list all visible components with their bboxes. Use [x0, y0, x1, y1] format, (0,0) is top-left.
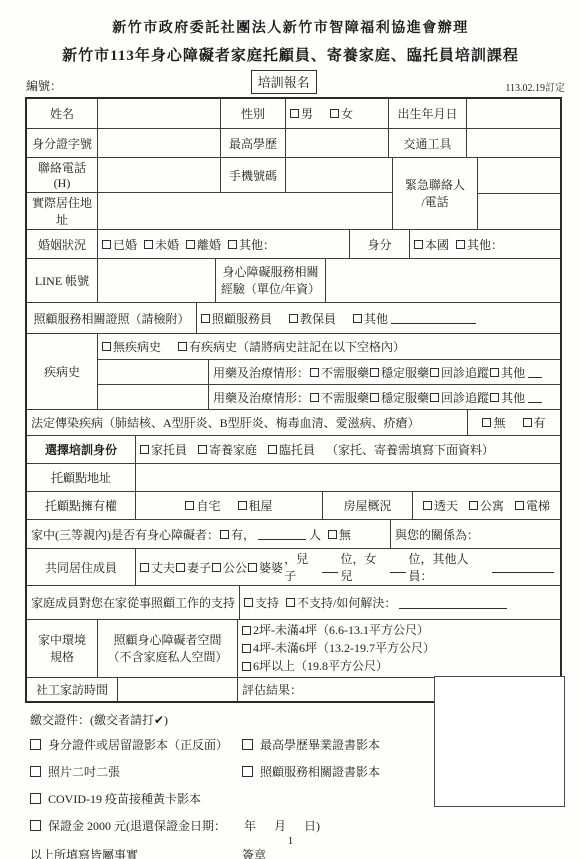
checkbox-icon[interactable] [430, 368, 439, 377]
medication-other-blank-line[interactable] [528, 366, 542, 378]
checkbox-icon[interactable] [30, 820, 41, 831]
ownership-label: 托顧點擁有權 [27, 492, 135, 519]
relation-label-cell: 與您的關係為： [390, 520, 560, 548]
checkbox-icon[interactable] [185, 501, 194, 510]
deposit-day-label: 日) [304, 817, 320, 834]
checkbox-icon[interactable] [310, 368, 319, 377]
mobile-label: 手機號碼 [220, 158, 285, 192]
form-type-badge: 培訓報名 [251, 70, 317, 94]
disease-note-input-cell-2[interactable] [98, 385, 208, 409]
identity-national-option[interactable]: 本國 [414, 236, 449, 253]
checkbox-icon[interactable] [178, 342, 187, 351]
house-condition-label: 房屋概況 [322, 492, 412, 519]
row-infectious-disease: 法定傳染疾病（肺結核、A型肝炎、B型肝炎、梅毒血清、愛滋病、疥瘡） 無 有 [27, 409, 560, 435]
row-training-identity: 選擇培訓身份 家托員 寄養家庭 臨托員 （家托、寄養需填寫下面資料） [27, 435, 560, 463]
experience-label: 身心障礙服務相關 經驗（單位/年資） [215, 259, 325, 302]
home-environment-label: 家中環境 規格 [27, 620, 97, 677]
checkbox-icon[interactable] [30, 766, 41, 777]
training-familycare-option[interactable]: 家托員 [140, 441, 187, 458]
emergency-contact-input-cell-1[interactable] [478, 158, 560, 193]
care-license-label: 照顧服務相關證照（請檢附） [27, 303, 196, 333]
row-family-support: 家庭成員對您在家從事照顧工作的支持 支持 不支持/如何解決： [27, 585, 560, 619]
experience-input-cell[interactable] [325, 259, 560, 302]
training-respite-option[interactable]: 臨托員 [268, 441, 315, 458]
row-disease-history: 疾病史 無疾病史 有疾病史（請將病史註記在以下空格內） 用藥及治療情形： 不需服… [27, 333, 560, 409]
medication-followup-option[interactable]: 回診追蹤 [430, 364, 489, 381]
doc-photos-checkbox[interactable]: 照片二吋二張 [30, 763, 242, 780]
cohabit-fatherinlaw-option[interactable]: 公公 [212, 559, 247, 576]
address-input-cell[interactable] [97, 193, 392, 229]
row-id: 身分證字號 最高學歷 交通工具 [27, 128, 560, 157]
carepoint-address-input-cell[interactable] [135, 464, 560, 491]
support-yes-option[interactable]: 支持 [244, 594, 279, 611]
house-apartment-option[interactable]: 公寓 [469, 497, 504, 514]
documents-title: 繳交證件：(繳交者請打✔) [30, 711, 434, 728]
row-name: 姓名 性別 男 女 出生年月日 [27, 99, 560, 128]
disease-yes-option[interactable]: 有疾病史（請將病史註記在以下空格內） [178, 338, 405, 355]
license-educare-option[interactable]: 教保員 [289, 310, 336, 327]
row-ownership: 托顧點擁有權 自宅 租屋 房屋概況 透天 公寓 電梯 [27, 491, 560, 519]
row-license: 照顧服務相關證照（請檢附） 照顧服務員 教保員 其他 [27, 302, 560, 333]
stamp-photo-box [434, 676, 565, 807]
education-label: 最高學歷 [220, 129, 285, 157]
checkbox-icon[interactable] [523, 418, 532, 427]
checkbox-icon[interactable] [186, 240, 195, 249]
checkbox-icon[interactable] [515, 501, 524, 510]
checkbox-icon[interactable] [238, 501, 247, 510]
space-6plus-option[interactable]: 6坪以上（19.8平方公尺） [242, 658, 388, 675]
deposit-year-label: 年 [244, 817, 256, 834]
checkbox-icon[interactable] [176, 563, 185, 572]
disease-options-cell: 無疾病史 有疾病史（請將病史註記在以下空格內） [98, 334, 560, 359]
disease-history-label: 疾病史 [27, 334, 97, 409]
family-disabled-no-option[interactable]: 無 [328, 526, 351, 543]
row-family-disabled: 家中(三等親內)是否有身心障礙者： 有， 人 無 與您的關係為： [27, 519, 560, 548]
gender-options-cell: 男 女 [285, 99, 388, 128]
address-label: 實際居住地址 [27, 193, 97, 229]
daughters-count-blank[interactable] [390, 561, 406, 573]
doc-id-copy-checkbox[interactable]: 身分證件或居留證影本（正反面） [30, 736, 242, 753]
license-other-option[interactable]: 其他 [353, 310, 388, 327]
marital-married-option[interactable]: 已婚 [102, 236, 137, 253]
checkbox-icon[interactable] [242, 662, 251, 671]
id-number-input-cell[interactable] [97, 129, 220, 157]
space-2to4-option[interactable]: 2坪-未滿4坪（6.6-13.1平方公尺） [242, 622, 429, 639]
checkbox-icon[interactable] [490, 393, 499, 402]
carepoint-address-label: 托顧點地址 [27, 464, 135, 491]
declaration-text: 以上所填寫皆屬事實 [30, 846, 138, 859]
transport-label: 交通工具 [388, 129, 466, 157]
house-options-cell: 透天 公寓 電梯 [412, 492, 560, 519]
home-phone-label: 聯絡電話(H) [27, 158, 97, 192]
cohabitants-label: 共同居住成員 [27, 549, 135, 585]
checkbox-icon[interactable] [482, 418, 491, 427]
emergency-contact-input-cell-2[interactable] [478, 194, 560, 229]
deposit-month-label: 月 [274, 817, 286, 834]
medication-none-option[interactable]: 不需服藥 [310, 364, 369, 381]
emergency-contact-label: 緊急聯絡人 /電話 [392, 158, 477, 229]
training-note: （家托、寄養需填寫下面資料） [326, 441, 494, 458]
disease-none-option[interactable]: 無疾病史 [102, 338, 161, 355]
declaration-line: 以上所填寫皆屬事實 簽章 [30, 846, 434, 859]
checkbox-icon[interactable] [30, 739, 41, 750]
marital-divorced-option[interactable]: 離婚 [186, 236, 221, 253]
doc-covid-card-checkbox[interactable]: COVID-19 疫苗接種黃卡影本 [30, 790, 434, 807]
identity-other-option[interactable]: 其他： [456, 236, 503, 253]
medication-other-blank-line[interactable] [528, 391, 542, 403]
gender-male-option[interactable]: 男 [290, 105, 313, 122]
checkbox-icon[interactable] [423, 501, 432, 510]
doc-diploma-copy-checkbox[interactable]: 最高學歷畢業證書影本 [242, 736, 434, 753]
disease-note-input-cell-1[interactable] [98, 360, 208, 384]
space-options-cell: 2坪-未滿4坪（6.6-13.1平方公尺） 4坪-未滿6坪（13.2-19.7平… [237, 620, 560, 677]
support-solution-blank[interactable] [399, 597, 507, 609]
doc-deposit-checkbox[interactable]: 保證金 2000 元(退還保證金日期： 年 月 日) [30, 817, 434, 834]
training-identity-label: 選擇培訓身份 [27, 436, 135, 463]
medication-stable-option[interactable]: 穩定服藥 [370, 364, 429, 381]
checkbox-icon[interactable] [140, 445, 149, 454]
medication-followup-option[interactable]: 回診追蹤 [430, 389, 489, 406]
training-options-cell: 家托員 寄養家庭 臨托員 （家托、寄養需填寫下面資料） [135, 436, 560, 463]
row-cohabitants: 共同居住成員 丈夫 妻子 公公 婆婆 ，兒子 位，女兒 位，其他人員： [27, 548, 560, 585]
id-number-label: 身分證字號 [27, 129, 97, 157]
training-foster-option[interactable]: 寄養家庭 [198, 441, 257, 458]
serial-number-label: 編號： [26, 77, 62, 94]
house-elevator-option[interactable]: 電梯 [515, 497, 550, 514]
cohabitants-options-cell: 丈夫 妻子 公公 婆婆 ，兒子 位，女兒 位，其他人員： [135, 549, 560, 585]
row-home-environment: 家中環境 規格 照顧身心障礙者空間 （不含家庭私人空間） 2坪-未滿4坪（6.6… [27, 619, 560, 677]
checkbox-icon[interactable] [310, 393, 319, 402]
name-label: 姓名 [27, 99, 97, 128]
checkbox-icon[interactable] [289, 314, 298, 323]
infection-options-cell: 無 有 [467, 410, 560, 435]
marital-single-option[interactable]: 未婚 [144, 236, 179, 253]
checkbox-icon[interactable] [242, 626, 251, 635]
birthdate-label: 出生年月日 [388, 99, 466, 128]
identity-label: 身分 [349, 230, 409, 258]
row-line-experience: LINE 帳號 身心障礙服務相關 經驗（單位/年資） [27, 258, 560, 302]
other-members-blank[interactable] [492, 561, 554, 573]
family-support-label: 家庭成員對您在家從事照顧工作的支持 [27, 586, 239, 619]
medication-cell-1: 用藥及治療情形： 不需服藥 穩定服藥 回診追蹤 其他 [208, 360, 560, 384]
education-input-cell[interactable] [285, 129, 388, 157]
line-account-label: LINE 帳號 [27, 259, 97, 302]
course-title: 新竹市113年身心障礙者家庭托顧員、寄養家庭、臨托員培訓課程 [0, 44, 581, 65]
organizer-title: 新竹市政府委託社團法人新竹市智障福利協進會辦理 [0, 0, 581, 37]
checkbox-icon[interactable] [469, 501, 478, 510]
checkbox-icon[interactable] [30, 793, 41, 804]
page-number: 1 [0, 835, 581, 847]
checkbox-icon[interactable] [370, 368, 379, 377]
home-phone-input-cell[interactable] [97, 158, 220, 192]
checkbox-icon[interactable] [201, 314, 210, 323]
visit-time-input-cell[interactable] [117, 678, 237, 701]
space-4to6-option[interactable]: 4坪-未滿6坪（13.2-19.7平方公尺） [242, 640, 435, 657]
signature-blank-line[interactable] [140, 851, 240, 859]
checkbox-icon[interactable] [102, 342, 111, 351]
medication-none-option[interactable]: 不需服藥 [310, 389, 369, 406]
checkbox-icon[interactable] [144, 240, 153, 249]
medication-cell-2: 用藥及治療情形： 不需服藥 穩定服藥 回診追蹤 其他 [208, 385, 560, 409]
transport-input-cell[interactable] [466, 129, 560, 157]
checkbox-icon[interactable] [198, 445, 207, 454]
gender-female-option[interactable]: 女 [330, 105, 353, 122]
license-options-cell: 照顧服務員 教保員 其他 [196, 303, 560, 333]
cohabit-motherinlaw-option[interactable]: 婆婆 [248, 559, 283, 576]
checkbox-icon[interactable] [140, 563, 149, 572]
family-disabled-yes-option[interactable]: 有， [220, 526, 255, 543]
family-disabled-count-blank[interactable] [258, 528, 306, 540]
checkbox-icon[interactable] [286, 598, 295, 607]
checkbox-icon[interactable] [456, 240, 465, 249]
infection-no-option[interactable]: 無 [482, 414, 505, 431]
row-marital: 婚姻狀況 已婚 未婚 離婚 其他： 身分 本國 其他： [27, 229, 560, 258]
cohabit-wife-option[interactable]: 妻子 [176, 559, 211, 576]
checkbox-icon[interactable] [212, 563, 221, 572]
documents-checklist: 身分證件或居留證影本（正反面） 最高學歷畢業證書影本 照片二吋二張 照顧服務相關… [30, 736, 434, 834]
marital-other-option[interactable]: 其他： [228, 236, 275, 253]
checkbox-icon[interactable] [430, 393, 439, 402]
checkbox-icon[interactable] [328, 530, 337, 539]
name-input-cell[interactable] [97, 99, 220, 128]
registration-table: 姓名 性別 男 女 出生年月日 身分證字號 最高學歷 交通工具 聯絡電話(H) [25, 97, 562, 703]
sons-count-blank[interactable] [322, 561, 338, 573]
house-townhouse-option[interactable]: 透天 [423, 497, 458, 514]
meta-row: 編號： 培訓報名 113.02.19訂定 [26, 70, 565, 94]
gender-label: 性別 [220, 99, 285, 128]
support-no-option[interactable]: 不支持/如何解決： [286, 594, 396, 611]
marital-status-label: 婚姻狀況 [27, 230, 97, 258]
checkbox-icon[interactable] [490, 368, 499, 377]
doc-care-cert-copy-checkbox[interactable]: 照顧服務相關證書影本 [242, 763, 434, 780]
license-careworker-option[interactable]: 照顧服務員 [201, 310, 272, 327]
birthdate-input-cell[interactable] [466, 99, 560, 128]
checkbox-icon[interactable] [228, 240, 237, 249]
checkbox-icon[interactable] [353, 314, 362, 323]
infection-yes-option[interactable]: 有 [523, 414, 546, 431]
checkbox-icon[interactable] [268, 445, 277, 454]
checkbox-icon[interactable] [242, 739, 253, 750]
ownership-rent-option[interactable]: 租屋 [238, 497, 273, 514]
checkbox-icon[interactable] [220, 530, 229, 539]
checkbox-icon[interactable] [248, 563, 257, 572]
marital-options-cell: 已婚 未婚 離婚 其他： [97, 230, 349, 258]
cohabit-husband-option[interactable]: 丈夫 [140, 559, 175, 576]
medication-other-option[interactable]: 其他 [490, 364, 525, 381]
line-account-input-cell[interactable] [97, 259, 215, 302]
signature-label: 簽章 [242, 846, 266, 859]
mobile-input-cell[interactable] [285, 158, 392, 192]
checkbox-icon[interactable] [330, 109, 339, 118]
checkbox-icon[interactable] [244, 598, 253, 607]
row-contact-block: 聯絡電話(H) 手機號碼 實際居住地址 緊急聯絡人 /電話 [27, 157, 560, 229]
license-other-blank-line[interactable] [391, 312, 476, 324]
visit-time-label: 社工家訪時間 [27, 678, 117, 701]
checkbox-icon[interactable] [290, 109, 299, 118]
infectious-disease-label: 法定傳染疾病（肺結核、A型肝炎、B型肝炎、梅毒血清、愛滋病、疥瘡） [27, 410, 467, 435]
care-space-label: 照顧身心障礙者空間 （不含家庭私人空間） [97, 620, 237, 677]
ownership-options-cell: 自宅 租屋 [135, 492, 322, 519]
row-carepoint-address: 托顧點地址 [27, 463, 560, 491]
medication-stable-option[interactable]: 穩定服藥 [370, 389, 429, 406]
identity-options-cell: 本國 其他： [409, 230, 560, 258]
medication-other-option[interactable]: 其他 [490, 389, 525, 406]
checkbox-icon[interactable] [414, 240, 423, 249]
checkbox-icon[interactable] [242, 644, 251, 653]
checkbox-icon[interactable] [102, 240, 111, 249]
support-options-cell: 支持 不支持/如何解決： [239, 586, 560, 619]
family-disabled-cell: 家中(三等親內)是否有身心障礙者： 有， 人 無 [27, 520, 390, 548]
ownership-own-option[interactable]: 自宅 [185, 497, 220, 514]
form-page: 新竹市政府委託社團法人新竹市智障福利協進會辦理 新竹市113年身心障礙者家庭托顧… [0, 0, 581, 859]
checkbox-icon[interactable] [242, 766, 253, 777]
checkbox-icon[interactable] [370, 393, 379, 402]
revision-date: 113.02.19訂定 [505, 79, 565, 94]
